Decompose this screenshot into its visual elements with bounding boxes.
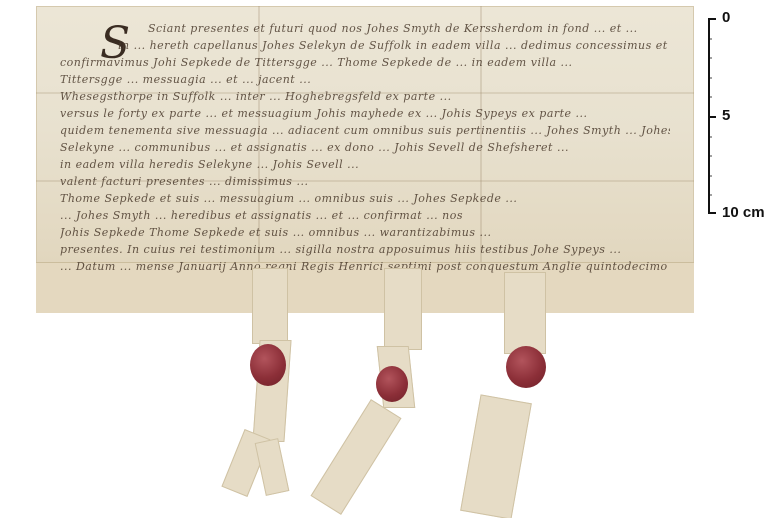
seal-tag [252, 268, 288, 344]
seal-tag [311, 399, 402, 515]
scale-label-10cm: 10 cm [722, 204, 765, 221]
text-line: Thome Sepkede et suis ... messuagium ...… [60, 192, 670, 209]
scale-tick [708, 38, 712, 40]
scale-label-5: 5 [722, 107, 730, 124]
scale-tick [708, 116, 716, 118]
scale-tick [708, 212, 716, 214]
scale-tick [708, 18, 716, 20]
text-line: Whesegsthorpe in Suffolk ... inter ... H… [60, 90, 670, 107]
scale-tick [708, 57, 712, 59]
scale-tick [708, 175, 712, 177]
scale-tick [708, 96, 712, 98]
text-line: Tittersgge ... messuagia ... et ... jace… [60, 73, 670, 90]
seal-middle [376, 366, 408, 402]
scale-tick [708, 77, 712, 79]
text-line: Johis Sepkede Thome Sepkede et suis ... … [60, 226, 670, 243]
scale-tick [708, 136, 712, 138]
seal-right [506, 346, 546, 388]
text-line: in ... hereth capellanus Johes Selekyn d… [60, 39, 670, 56]
text-line: presentes. In cuius rei testimonium ... … [60, 243, 670, 260]
text-line: versus le forty ex parte ... et messuagi… [60, 107, 670, 124]
scale-bar: 0 5 10 cm [708, 12, 768, 217]
text-line: ... Johes Smyth ... heredibus et assigna… [60, 209, 670, 226]
seal-tag [255, 438, 290, 496]
text-line: quidem tenementa sive messuagia ... adia… [60, 124, 670, 141]
scale-tick [708, 194, 712, 196]
text-line: Selekyne ... communibus ... et assignati… [60, 141, 670, 158]
text-line: confirmavimus Johi Sepkede de Tittersgge… [60, 56, 670, 73]
manuscript-text: Sciant presentes et futuri quod nos Johe… [60, 22, 670, 277]
text-line: ... Datum ... mense Januarij Anno regni … [60, 260, 670, 277]
text-line: in eadem villa heredis Selekyne ... Johi… [60, 158, 670, 175]
seal-left [250, 344, 286, 386]
scale-label-0: 0 [722, 9, 730, 26]
seal-tag [384, 268, 422, 350]
seal-tag [460, 394, 532, 518]
scale-tick [708, 155, 712, 157]
seal-tag [504, 272, 546, 354]
text-line: Sciant presentes et futuri quod nos Johe… [60, 22, 670, 39]
text-line: valent facturi presentes ... dimissimus … [60, 175, 670, 192]
